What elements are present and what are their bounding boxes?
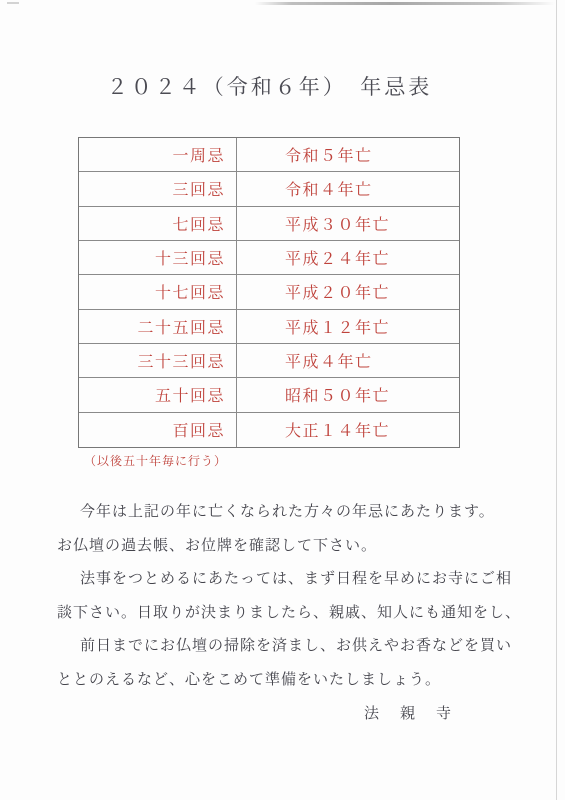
death-year: 平成２４年亡 [237,241,459,275]
body-line: 法事をつとめるにあたっては、まず日程を早めにお寺にご相 [57,561,527,595]
scanned-document-page: ２０２４（令和６年） 年忌表 一周忌 令和５年亡 三回忌 令和４年亡 七回忌 平… [0,0,565,800]
kaiki-label: 二十五回忌 [79,310,237,344]
kaiki-label: 百回忌 [79,413,237,447]
death-year: 昭和５０年亡 [237,378,459,412]
temple-signature: 法 親 寺 [364,702,454,723]
death-year: 平成２０年亡 [237,275,459,309]
body-line: お仏壇の過去帳、お位牌を確認して下さい。 [57,528,527,562]
kaiki-label: 一周忌 [79,138,237,172]
document-title: ２０２４（令和６年） 年忌表 [0,71,552,101]
kaiki-label: 三十三回忌 [79,344,237,378]
kaiki-label: 三回忌 [79,172,237,206]
scan-artifact-speck [7,2,19,4]
kaiki-label: 十三回忌 [79,241,237,275]
death-year: 大正１４年亡 [237,413,459,447]
body-paragraphs: 今年は上記の年に亡くなられた方々の年忌にあたります。 お仏壇の過去帳、お位牌を確… [57,494,527,695]
death-year: 平成４年亡 [237,344,459,378]
kaiki-label: 五十回忌 [79,378,237,412]
death-year: 令和４年亡 [237,172,459,206]
kaiki-label: 七回忌 [79,207,237,241]
memorial-year-table: 一周忌 令和５年亡 三回忌 令和４年亡 七回忌 平成３０年亡 十三回忌 平成２４… [78,137,460,448]
body-line: 談下さい。日取りが決まりましたら、親戚、知人にも通知をし、 [57,595,527,629]
scan-artifact-top-streak [255,2,555,5]
body-line: ととのえるなど、心をこめて準備をいたしましょう。 [57,662,527,696]
body-line: 前日までにお仏壇の掃除を済まし、お供えやお香などを買い [57,628,527,662]
scan-artifact-right-edge [556,0,557,800]
death-year: 平成１２年亡 [237,310,459,344]
body-line: 今年は上記の年に亡くなられた方々の年忌にあたります。 [57,494,527,528]
kaiki-label: 十七回忌 [79,275,237,309]
death-year: 平成３０年亡 [237,207,459,241]
table-footnote: （以後五十年毎に行う） [84,452,227,469]
death-year: 令和５年亡 [237,138,459,172]
